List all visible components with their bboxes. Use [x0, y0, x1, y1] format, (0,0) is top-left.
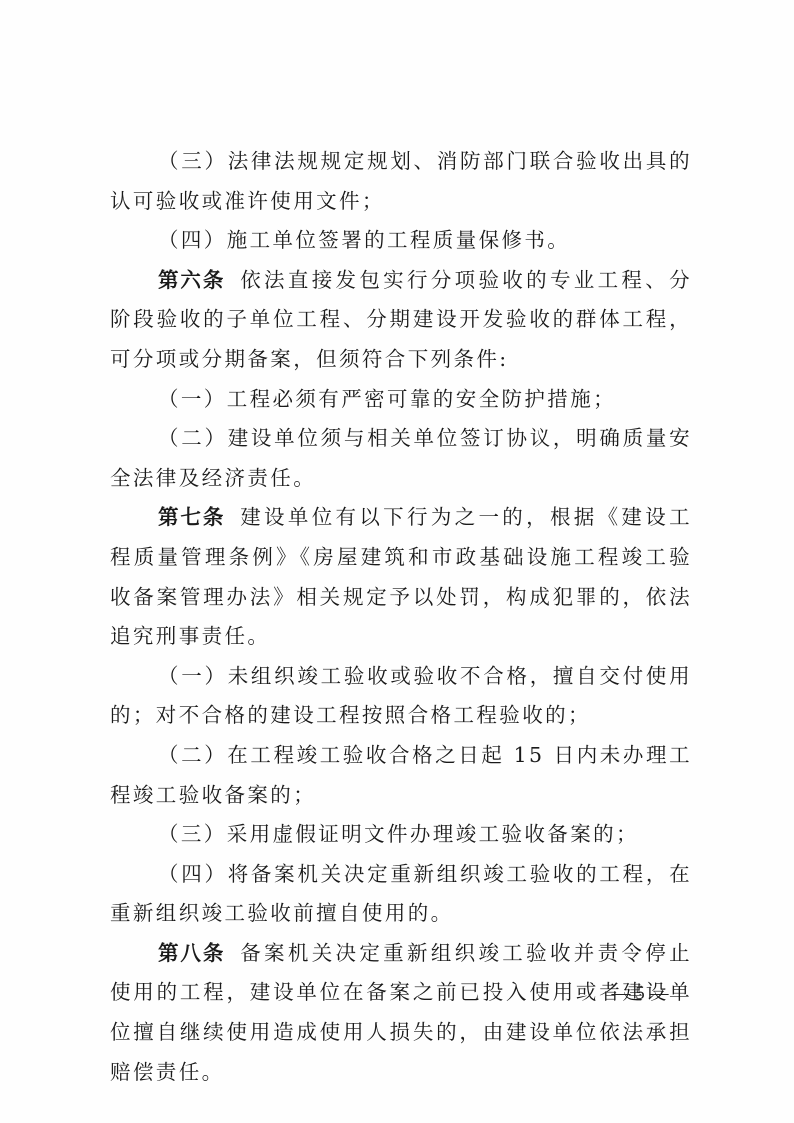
- paragraph-item-3: （三）采用虚假证明文件办理竣工验收备案的；: [110, 815, 692, 855]
- paragraph-item-4: （四）施工单位签署的工程质量保修书。: [110, 221, 692, 261]
- article-heading: 第八条: [158, 941, 225, 965]
- article-8: 第八条备案机关决定重新组织竣工验收并责令停止使用的工程，建设单位在备案之前已投入…: [110, 934, 692, 1092]
- article-heading: 第六条: [158, 268, 225, 292]
- paragraph-text: （一）未组织竣工验收或验收不合格，擅自交付使用的；对不合格的建设工程按照合格工程…: [110, 664, 692, 728]
- document-page: （三）法律法规规定规划、消防部门联合验收出具的认可验收或准许使用文件； （四）施…: [0, 0, 794, 1123]
- document-body: （三）法律法规规定规划、消防部门联合验收出具的认可验收或准许使用文件； （四）施…: [110, 142, 692, 1092]
- page-number: — 5 —: [600, 983, 680, 1005]
- paragraph-text: （四）施工单位签署的工程质量保修书。: [158, 228, 570, 252]
- paragraph-item-4: （四）将备案机关决定重新组织竣工验收的工程，在重新组织竣工验收前擅自使用的。: [110, 855, 692, 934]
- paragraph-item-1: （一）工程必须有严密可靠的安全防护措施；: [110, 380, 692, 420]
- paragraph-text: （三）法律法规规定规划、消防部门联合验收出具的认可验收或准许使用文件；: [110, 149, 692, 213]
- paragraph-text: （一）工程必须有严密可靠的安全防护措施；: [158, 387, 616, 411]
- article-heading: 第七条: [158, 505, 225, 529]
- article-7: 第七条建设单位有以下行为之一的，根据《建设工程质量管理条例》《房屋建筑和市政基础…: [110, 498, 692, 656]
- paragraph-text: （二）在工程竣工验收合格之日起 15 日内未办理工程竣工验收备案的；: [110, 743, 692, 807]
- paragraph-text: （二）建设单位须与相关单位签订协议，明确质量安全法律及经济责任。: [110, 426, 692, 490]
- article-6: 第六条依法直接发包实行分项验收的专业工程、分阶段验收的子单位工程、分期建设开发验…: [110, 261, 692, 380]
- paragraph-item-3: （三）法律法规规定规划、消防部门联合验收出具的认可验收或准许使用文件；: [110, 142, 692, 221]
- paragraph-item-2: （二）建设单位须与相关单位签订协议，明确质量安全法律及经济责任。: [110, 419, 692, 498]
- paragraph-item-1: （一）未组织竣工验收或验收不合格，擅自交付使用的；对不合格的建设工程按照合格工程…: [110, 657, 692, 736]
- paragraph-item-2: （二）在工程竣工验收合格之日起 15 日内未办理工程竣工验收备案的；: [110, 736, 692, 815]
- paragraph-text: （三）采用虚假证明文件办理竣工验收备案的；: [158, 822, 639, 846]
- paragraph-text: （四）将备案机关决定重新组织竣工验收的工程，在重新组织竣工验收前擅自使用的。: [110, 862, 692, 926]
